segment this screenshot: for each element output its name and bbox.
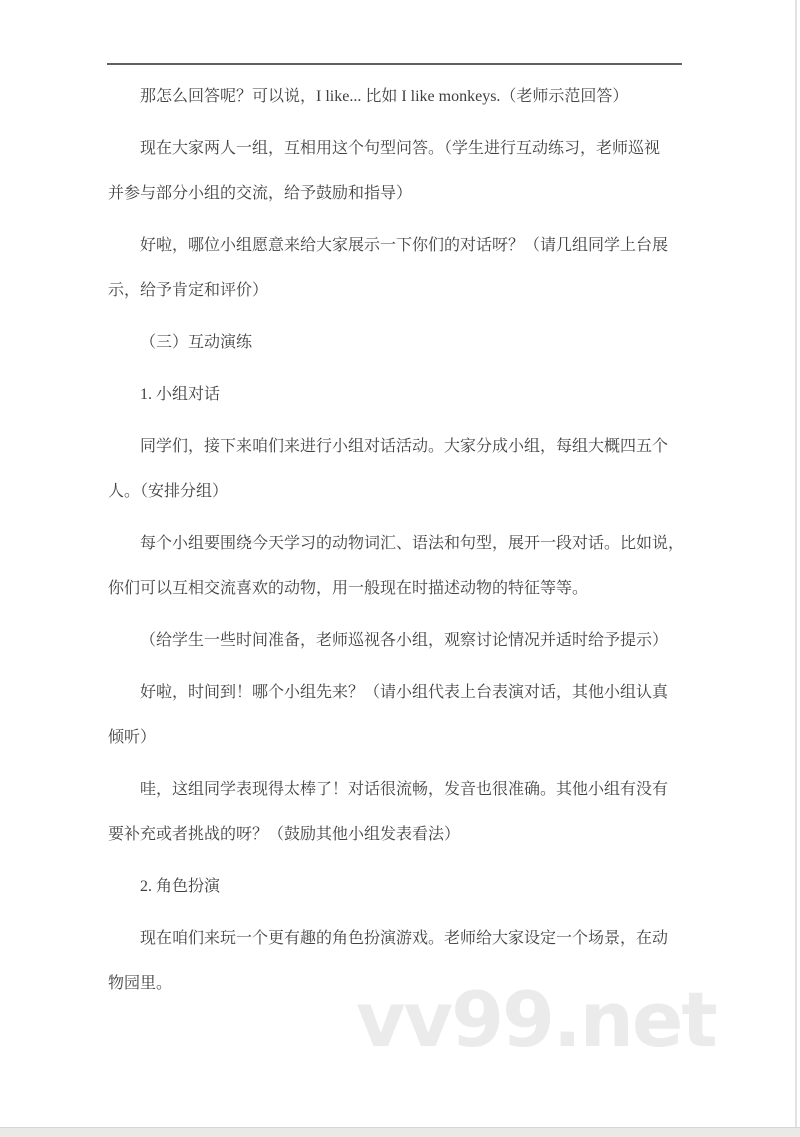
paragraph: 好啦，时间到！哪个小组先来？（请小组代表上台表演对话，其他小组认真倾听） <box>108 670 700 760</box>
section-heading: 1. 小组对话 <box>108 372 700 417</box>
text-line: 那怎么回答呢？可以说，I like... 比如 I like monkeys.（… <box>108 74 700 119</box>
page-right-edge-line <box>795 0 797 1137</box>
paragraph: （给学生一些时间准备，老师巡视各小组，观察讨论情况并适时给予提示） <box>108 618 700 663</box>
header-separator-line <box>107 63 682 65</box>
text-line: 好啦，时间到！哪个小组先来？（请小组代表上台表演对话，其他小组认真 <box>108 670 700 715</box>
text-line: 好啦，哪位小组愿意来给大家展示一下你们的对话呀？（请几组同学上台展 <box>108 223 700 268</box>
paragraph: 同学们，接下来咱们来进行小组对话活动。大家分成小组，每组大概四五个人。（安排分组… <box>108 424 700 514</box>
paragraph: 哇，这组同学表现得太棒了！对话很流畅，发音也很准确。其他小组有没有要补充或者挑战… <box>108 767 700 857</box>
text-line: 哇，这组同学表现得太棒了！对话很流畅，发音也很准确。其他小组有没有 <box>108 767 700 812</box>
document-viewer: { "watermark": { "text": "vv99.net", "co… <box>0 0 800 1137</box>
paragraph: 好啦，哪位小组愿意来给大家展示一下你们的对话呀？（请几组同学上台展示，给予肯定和… <box>108 223 700 313</box>
text-line: （给学生一些时间准备，老师巡视各小组，观察讨论情况并适时给予提示） <box>108 618 700 663</box>
text-line: 每个小组要围绕今天学习的动物词汇、语法和句型，展开一段对话。比如说， <box>108 521 700 566</box>
text-line: 你们可以互相交流喜欢的动物，用一般现在时描述动物的特征等等。 <box>108 566 700 611</box>
text-line: 人。（安排分组） <box>108 469 700 514</box>
text-line: 并参与部分小组的交流，给予鼓励和指导） <box>108 171 700 216</box>
text-line: 2. 角色扮演 <box>108 864 700 909</box>
text-line: 示，给予肯定和评价） <box>108 268 700 313</box>
document-page: 那怎么回答呢？可以说，I like... 比如 I like monkeys.（… <box>0 0 800 1137</box>
watermark-text: vv99.net <box>356 982 716 1058</box>
section-heading: 2. 角色扮演 <box>108 864 700 909</box>
text-line: 同学们，接下来咱们来进行小组对话活动。大家分成小组，每组大概四五个 <box>108 424 700 469</box>
text-line: 要补充或者挑战的呀？（鼓励其他小组发表看法） <box>108 812 700 857</box>
text-line: 现在咱们来玩一个更有趣的角色扮演游戏。老师给大家设定一个场景，在动 <box>108 916 700 961</box>
section-heading: （三）互动演练 <box>108 320 700 365</box>
paragraph: 那怎么回答呢？可以说，I like... 比如 I like monkeys.（… <box>108 74 700 119</box>
text-line: 1. 小组对话 <box>108 372 700 417</box>
page-bottom-edge <box>0 1127 800 1137</box>
text-line: （三）互动演练 <box>108 320 700 365</box>
text-line: 现在大家两人一组，互相用这个句型问答。（学生进行互动练习，老师巡视 <box>108 126 700 171</box>
document-content: 那怎么回答呢？可以说，I like... 比如 I like monkeys.（… <box>108 74 700 1013</box>
paragraph: 每个小组要围绕今天学习的动物词汇、语法和句型，展开一段对话。比如说，你们可以互相… <box>108 521 700 611</box>
text-line: 倾听） <box>108 715 700 760</box>
paragraph: 现在大家两人一组，互相用这个句型问答。（学生进行互动练习，老师巡视并参与部分小组… <box>108 126 700 216</box>
